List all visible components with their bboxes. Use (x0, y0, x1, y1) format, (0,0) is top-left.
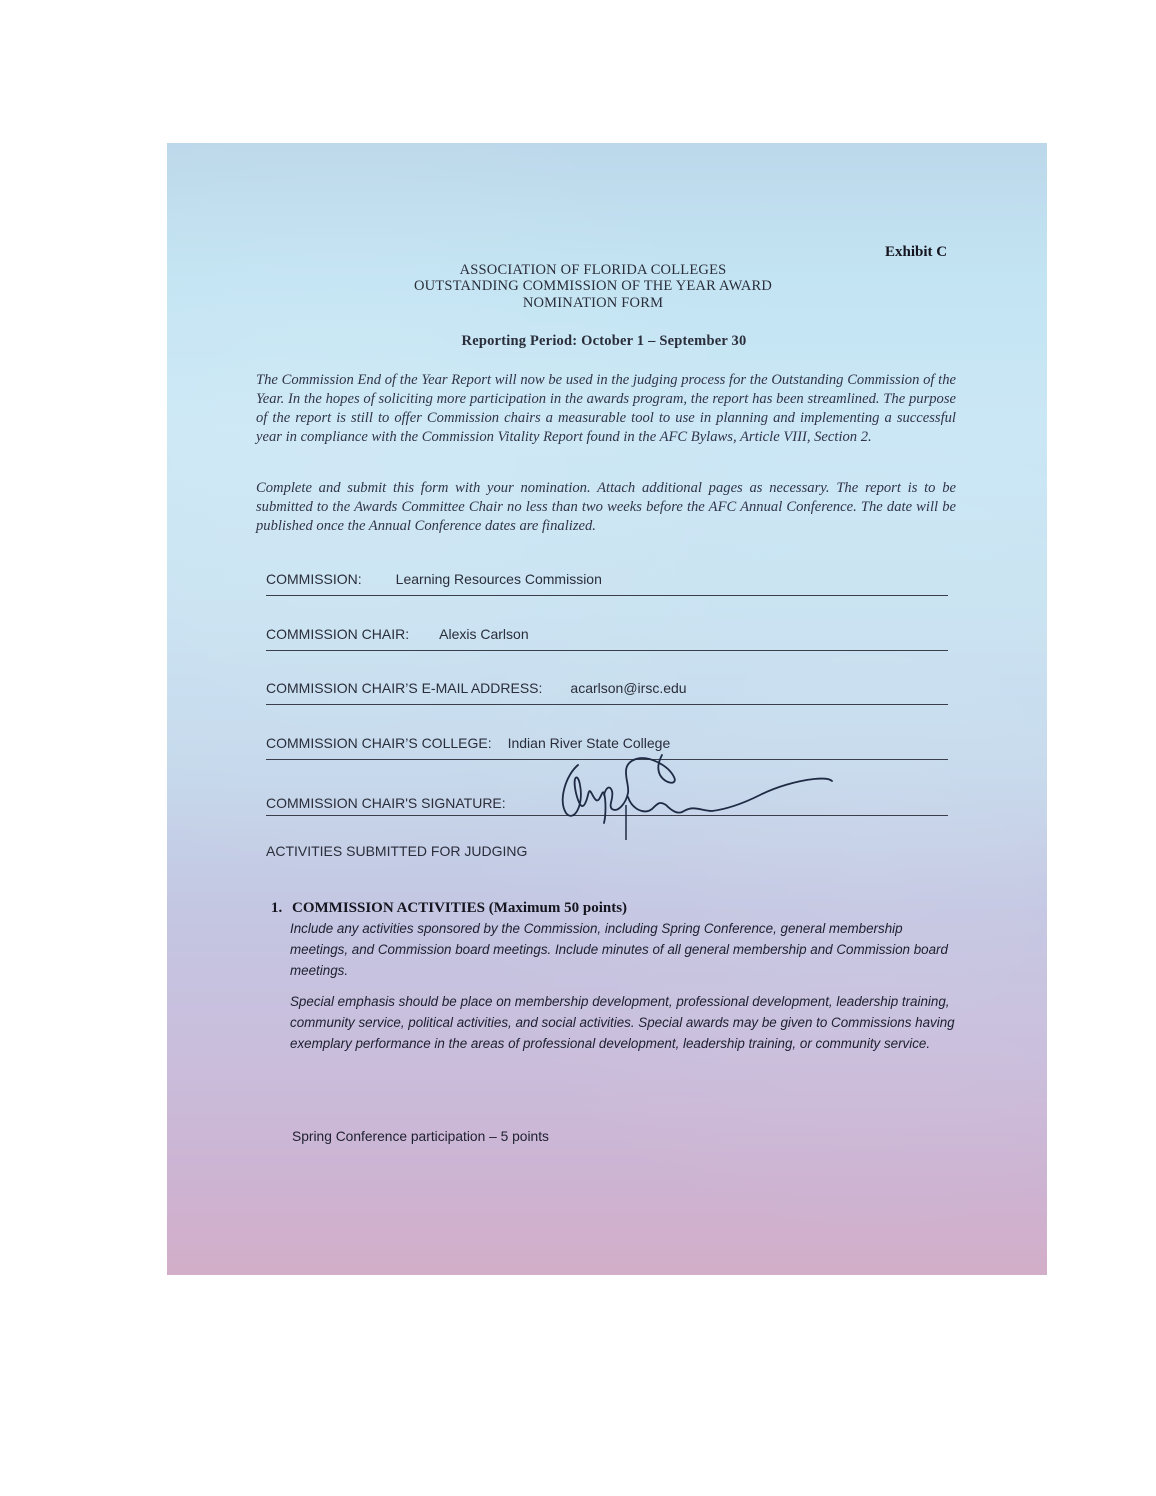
spring-conference-item: Spring Conference participation – 5 poin… (292, 1129, 549, 1144)
handwritten-signature (548, 745, 868, 840)
commission-chair-value: Alexis Carlson (439, 626, 528, 642)
activities-heading: ACTIVITIES SUBMITTED FOR JUDGING (266, 843, 527, 859)
form-title-line-3: NOMINATION FORM (15, 295, 1156, 312)
section-paragraph-2: Special emphasis should be place on memb… (290, 991, 955, 1054)
reporting-period: Reporting Period: October 1 – September … (26, 333, 1156, 350)
intro-paragraph: The Commission End of the Year Report wi… (256, 371, 956, 447)
exhibit-label: Exhibit C (885, 244, 947, 261)
scanned-form-page (167, 143, 1047, 1275)
chair-signature-label: COMMISSION CHAIR'S SIGNATURE: (266, 795, 506, 811)
section-paragraph-1: Include any activities sponsored by the … (290, 918, 955, 981)
instructions-paragraph: Complete and submit this form with your … (256, 479, 956, 536)
chair-email-label: COMMISSION CHAIR’S E-MAIL ADDRESS: (266, 680, 542, 696)
chair-college-label: COMMISSION CHAIR’S COLLEGE: (266, 735, 492, 751)
form-title-line-1: ASSOCIATION OF FLORIDA COLLEGES (15, 262, 1156, 279)
form-title-line-2: OUTSTANDING COMMISSION OF THE YEAR AWARD (15, 278, 1156, 295)
commission-label: COMMISSION: (266, 571, 362, 587)
commission-field[interactable]: COMMISSION:Learning Resources Commission (266, 571, 948, 596)
section-number: 1. (271, 900, 282, 917)
chair-email-field[interactable]: COMMISSION CHAIR’S E-MAIL ADDRESS:acarls… (266, 680, 948, 705)
commission-chair-field[interactable]: COMMISSION CHAIR:Alexis Carlson (266, 626, 948, 651)
section-heading: COMMISSION ACTIVITIES (Maximum 50 points… (292, 900, 627, 917)
chair-email-value: acarlson@irsc.edu (570, 680, 686, 696)
commission-chair-label: COMMISSION CHAIR: (266, 626, 409, 642)
commission-value: Learning Resources Commission (396, 571, 602, 587)
